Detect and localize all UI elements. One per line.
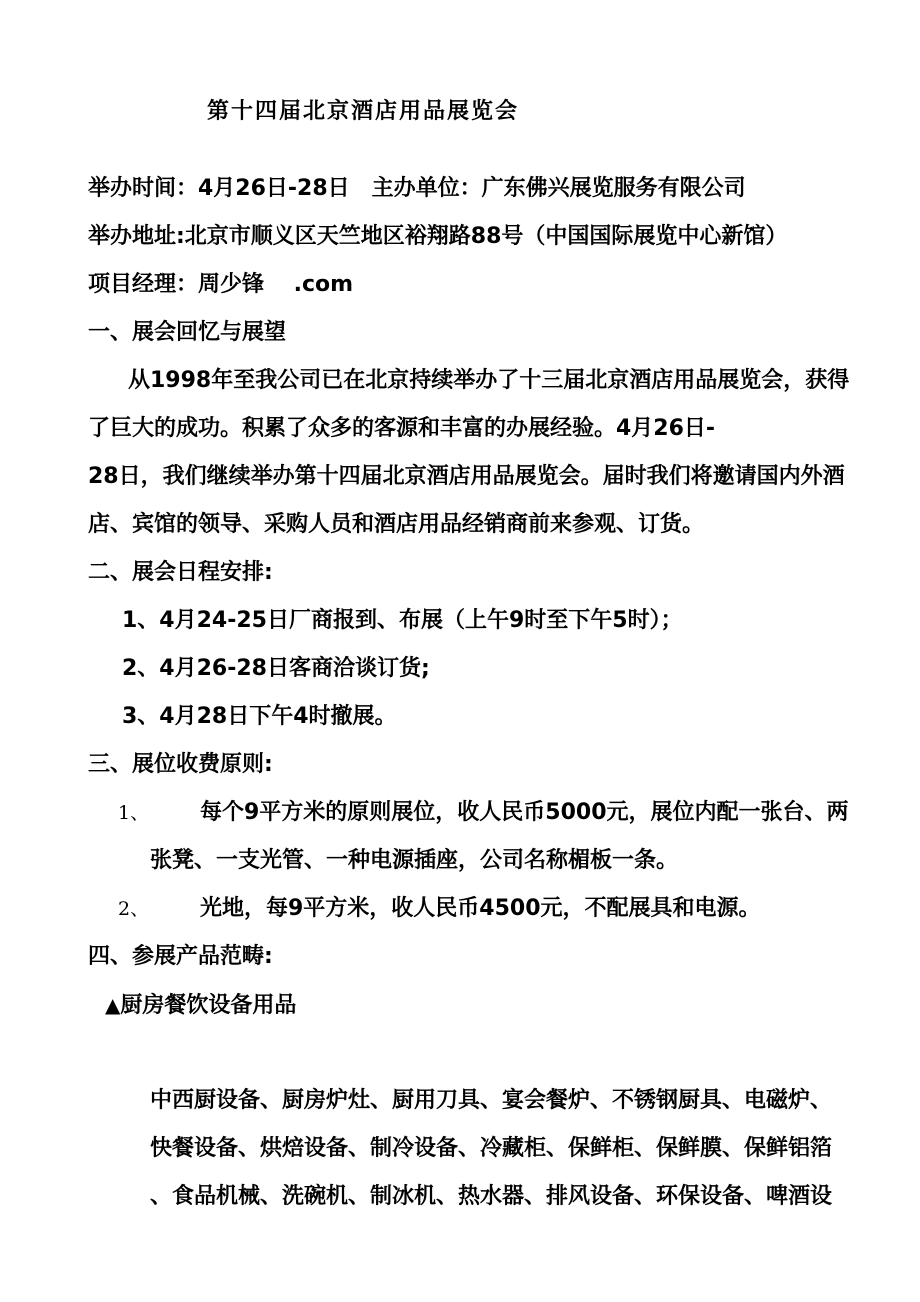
doc-title: 第十四届北京酒店用品展览会 <box>207 88 920 136</box>
fee-item-continuation: 张凳、一支光管、一种电源插座，公司名称楣板一条。 <box>150 837 920 885</box>
section1-paragraph-line: 了巨大的成功。积累了众多的客源和丰富的办展经验。4月26日- <box>88 405 920 453</box>
section1-heading: 一、展会回忆与展望 <box>88 309 920 357</box>
fee-item-text: 光地，每9平方米，收人民币4500元，不配展具和电源。 <box>200 896 761 921</box>
product-line: 中西厨设备、厨房炉灶、厨用刀具、宴会餐炉、不锈钢厨具、电磁炉、 <box>150 1077 920 1125</box>
section1-paragraph-line: 店、宾馆的领导、采购人员和酒店用品经销商前来参观、订货。 <box>88 501 920 549</box>
section1-paragraph-line: 28日，我们继续举办第十四届北京酒店用品展览会。届时我们将邀请国内外酒 <box>88 453 920 501</box>
product-line: 、食品机械、洗碗机、制冰机、热水器、排风设备、环保设备、啤酒设 <box>150 1173 920 1221</box>
product-line: 快餐设备、烘焙设备、制冷设备、冷藏柜、保鲜柜、保鲜膜、保鲜铝箔 <box>150 1125 920 1173</box>
fee-item: 1、每个9平方米的原则展位，收人民币5000元，展位内配一张台、两 <box>118 789 920 837</box>
meta-line-address: 举办地址:北京市顺义区天竺地区裕翔路88号（中国国际展览中心新馆） <box>88 213 920 261</box>
meta-line-time-organizer: 举办时间：4月26日-28日 主办单位：广东佛兴展览服务有限公司 <box>88 165 920 213</box>
category-label: 厨房餐饮设备用品 <box>120 993 296 1018</box>
fee-item-number: 1、 <box>118 789 200 837</box>
schedule-item: 1、4月24-25日厂商报到、布展（上午9时至下午5时）； <box>122 597 920 645</box>
category-line: ▲厨房餐饮设备用品 <box>105 981 920 1029</box>
section1-paragraph-line: 从1998年至我公司已在北京持续举办了十三届北京酒店用品展览会，获得 <box>128 357 920 405</box>
schedule-item: 2、4月26-28日客商洽谈订货; <box>122 645 920 693</box>
meta-line-project-manager: 项目经理：周少锋 .com <box>88 261 920 309</box>
fee-item-number: 2、 <box>118 885 200 933</box>
blank-line <box>0 1029 920 1077</box>
fee-item-text: 每个9平方米的原则展位，收人民币5000元，展位内配一张台、两 <box>200 800 849 825</box>
section4-heading: 四、参展产品范畴: <box>88 933 920 981</box>
section3-heading: 三、展位收费原则: <box>88 741 920 789</box>
section2-heading: 二、展会日程安排: <box>88 549 920 597</box>
triangle-marker-icon: ▲ <box>105 993 120 1017</box>
document-page: 第十四届北京酒店用品展览会 举办时间：4月26日-28日 主办单位：广东佛兴展览… <box>0 0 920 1302</box>
title-spacer <box>0 136 920 165</box>
schedule-item: 3、4月28日下午4时撤展。 <box>122 693 920 741</box>
fee-item: 2、光地，每9平方米，收人民币4500元，不配展具和电源。 <box>118 885 920 933</box>
